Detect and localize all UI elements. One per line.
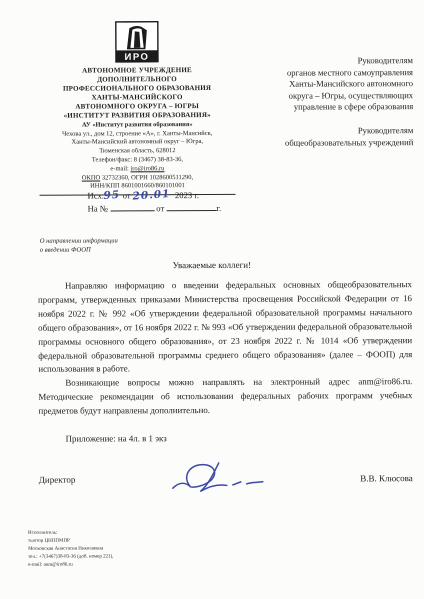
iro-logo: ИРО	[39, 20, 235, 67]
incoming-ref-line: На № от г.	[88, 202, 222, 216]
recipient-line: Руководителям	[229, 55, 413, 67]
body-paragraph-1: Направляю информацию о введении федераль…	[38, 278, 412, 377]
scanned-letter-page: ИРО АВТОНОМНОЕ УЧРЕЖДЕНИЕ ДОПОЛНИТЕЛЬНОГ…	[0, 0, 424, 599]
signature-row: Директор В.В. Клюсова	[39, 473, 413, 475]
subject-note: О направлении информации о введении ФООП	[40, 236, 118, 254]
subject-note-line: о введении ФООП	[40, 245, 118, 254]
address-line: Чехова ул., дом 12, строение «А», г. Хан…	[39, 129, 235, 139]
signer-name: В.В. Клюсова	[360, 473, 413, 483]
attachment-line: Приложение: на 4л. в 1 экз	[39, 431, 413, 447]
letter-body: Направляю информацию о введении федераль…	[38, 278, 413, 447]
org-name-line: ПРОФЕССИОНАЛЬНОГО ОБРАЗОВАНИЯ	[39, 84, 235, 94]
incoming-label: На №	[88, 203, 108, 213]
recipient-line: управление в сфере образования	[229, 101, 413, 113]
recipients-gap	[229, 113, 413, 126]
outgoing-label: Исх.	[88, 190, 104, 200]
recipient-line: общеобразовательных учреждений	[229, 137, 413, 149]
svg-text:ИРО: ИРО	[124, 52, 149, 63]
incoming-date-blank-field	[166, 202, 216, 211]
recipients-block: Руководителям органов местного самоуправ…	[229, 55, 413, 149]
outgoing-from-label: от	[123, 190, 131, 200]
letterhead: ИРО АВТОНОМНОЕ УЧРЕЖДЕНИЕ ДОПОЛНИТЕЛЬНОГ…	[39, 20, 236, 196]
iro-logo-icon: ИРО	[114, 20, 160, 64]
outgoing-ref-line: Исх.95 от 20.01 2023 г.	[88, 189, 222, 203]
email-label: e-mail:	[110, 165, 130, 172]
org-email: iro@iro86.ru	[130, 165, 164, 172]
executor-block: Исполнитель: тьютор ЦНППМПР Московская А…	[28, 529, 114, 569]
reference-block: Исх.95 от 20.01 2023 г. На № от г.	[88, 189, 222, 216]
recipient-line: органов местного самоуправления	[229, 67, 413, 79]
incoming-from-label: от	[156, 203, 164, 213]
recipient-line: Ханты-Мансийского автономного	[229, 78, 413, 90]
salutation: Уважаемые коллеги!	[0, 259, 424, 271]
executor-line: Московская Анастасия Николаевна	[28, 545, 113, 553]
recipient-line: округа – Югры, осуществляющих	[229, 90, 413, 102]
recipient-line: Руководителям	[229, 125, 413, 137]
okpo-ogrn-values: 32732360, ОГРН 1028600511290,	[100, 174, 193, 181]
outgoing-number-handwritten: 95	[103, 189, 121, 203]
executor-line: тел.: +7(3467)38-83-36 (доб. номер 221),	[28, 553, 113, 561]
body-paragraph-2: Возникающие вопросы можно направлять на …	[38, 375, 412, 418]
outgoing-year: 2023 г.	[175, 190, 199, 200]
handwritten-signature-icon	[167, 458, 271, 504]
incoming-year-suffix: г.	[216, 203, 221, 213]
org-name-line: «ИНСТИТУТ РАЗВИТИЯ ОБРАЗОВАНИЯ»	[39, 111, 235, 121]
subject-note-line: О направлении информации	[40, 236, 118, 245]
executor-line: e-mail: anm@iro86.ru	[28, 561, 113, 569]
okpo-label: ОКПО	[82, 174, 100, 181]
signer-role: Директор	[39, 475, 76, 485]
